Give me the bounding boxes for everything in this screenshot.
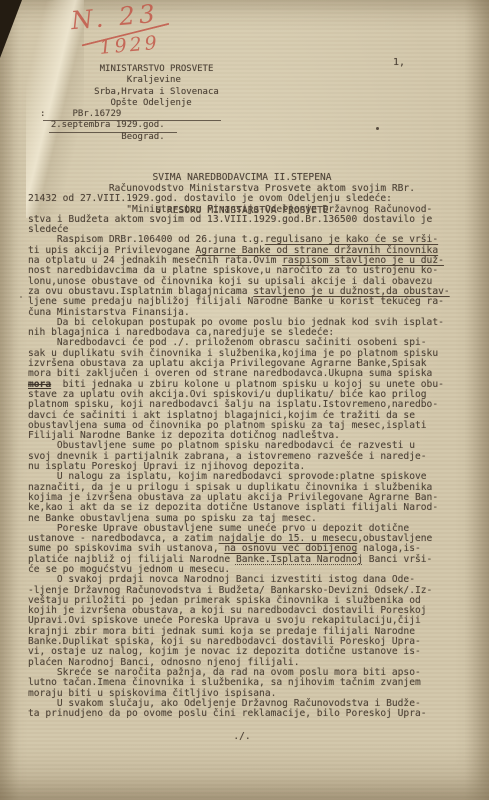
text-segment: stva i Budžeta aktom svojim od 13.VIII.1… — [28, 214, 432, 225]
pencil-underlined-text: Banke.Isplata Narodnoj — [236, 554, 363, 565]
page-number: 1, — [393, 57, 405, 68]
text-line: stva i Budžeta aktom svojim od 13.VIII.1… — [28, 215, 450, 225]
registry-note: N. 23 1929 — [70, 0, 172, 61]
letterhead-line: Opšte Odeljenje — [40, 98, 219, 109]
letterhead-line: Srba,Hrvata i Slovenaca — [40, 87, 219, 98]
paper-speck — [376, 127, 379, 130]
text-segment: ta prinudjeno da po ovome poslu čini rek… — [28, 708, 427, 719]
letterhead-line: 2.septembra 1929.god. — [40, 120, 219, 131]
paper-speck — [20, 296, 22, 298]
letterhead-line: Beograd. — [40, 132, 219, 143]
letterhead-line: : PBr.16729 — [40, 109, 219, 120]
body-text: Računovodstvo Ministarstva Prosvete akto… — [28, 184, 450, 719]
letterhead-rule — [43, 120, 221, 121]
letterhead: MINISTARSTVO PROSVETE Kraljevine Srba,Hr… — [40, 64, 219, 143]
registry-year: 1929 — [99, 31, 173, 59]
closing-mark: ./. — [0, 731, 484, 742]
heading-line-1: SVIMA NAREDBODAVCIMA II.STEPENA — [0, 172, 484, 183]
letterhead-line: MINISTARSTVO PROSVETE — [40, 64, 219, 75]
registry-prefix: N. — [70, 3, 109, 35]
letterhead-line: Kraljevine — [40, 75, 219, 86]
letterhead-rule — [49, 132, 177, 133]
text-line: ta prinudjeno da po ovome poslu čini rek… — [28, 709, 450, 719]
document-page: N. 23 1929 MINISTARSTVO PROSVETE Kraljev… — [0, 0, 489, 800]
text-segment: Banci vrši- — [363, 554, 432, 565]
scan-corner-shadow — [0, 0, 22, 58]
